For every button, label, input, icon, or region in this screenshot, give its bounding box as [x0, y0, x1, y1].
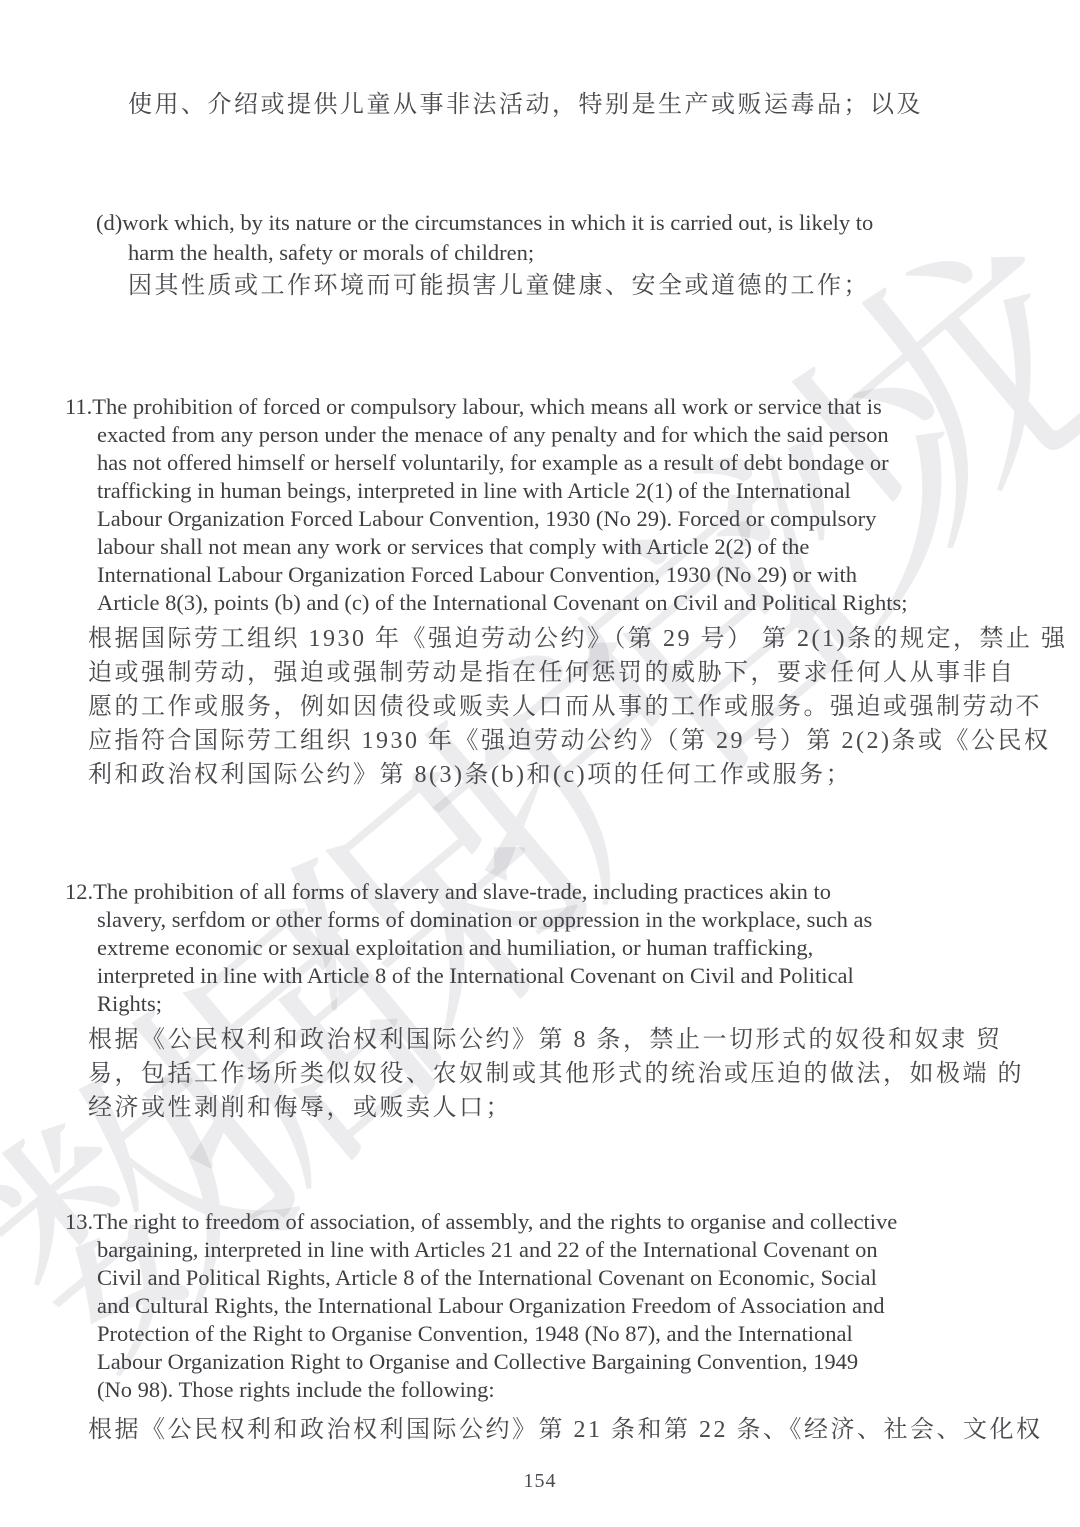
paragraph-11-chinese: 根据国际劳工组织 1930 年《强迫劳动公约》（第 29 号） 第 2(1)条的…: [65, 622, 1067, 792]
text-line: 愿的工作或服务，例如因债役或贩卖人口而从事的工作或服务。强迫或强制劳动不: [65, 690, 1067, 724]
paragraph-11: 11.The prohibition of forced or compulso…: [65, 393, 1067, 792]
text-line: 易，包括工作场所类似奴役、农奴制或其他形式的统治或压迫的做法，如极端 的: [65, 1057, 1024, 1091]
paragraph-12-chinese: 根据《公民权利和政治权利国际公约》第 8 条，禁止一切形式的奴役和奴隶 贸易，包…: [65, 1023, 1024, 1125]
document-page: 数据保护官沙龙 使用、介绍或提供儿童从事非法活动，特别是生产或贩运毒品；以及 (…: [0, 0, 1080, 1527]
text-line: Protection of the Right to Organise Conv…: [65, 1320, 1043, 1348]
text-line: 利和政治权利国际公约》第 8(3)条(b)和(c)项的任何工作或服务；: [65, 758, 1067, 792]
text-line: 根据国际劳工组织 1930 年《强迫劳动公约》（第 29 号） 第 2(1)条的…: [65, 622, 1067, 656]
text-line: has not offered himself or herself volun…: [65, 449, 1067, 477]
list-item-d-english: (d)work which, by its nature or the circ…: [96, 208, 873, 268]
text-line: International Labour Organization Forced…: [65, 561, 1067, 589]
text-line: and Cultural Rights, the International L…: [65, 1292, 1043, 1320]
page-number: 154: [0, 1470, 1080, 1493]
paragraph-12: 12.The prohibition of all forms of slave…: [65, 878, 1024, 1125]
paragraph-13-chinese: 根据《公民权利和政治权利国际公约》第 21 条和第 22 条、《经济、社会、文化…: [65, 1413, 1043, 1447]
text-line: (No 98). Those rights include the follow…: [65, 1376, 1043, 1404]
text-line: Article 8(3), points (b) and (c) of the …: [65, 589, 1067, 617]
text-line: 迫或强制劳动，强迫或强制劳动是指在任何惩罚的威胁下，要求任何人从事非自: [65, 656, 1067, 690]
text-line: 13.The right to freedom of association, …: [65, 1208, 1043, 1236]
paragraph-13: 13.The right to freedom of association, …: [65, 1208, 1043, 1447]
text-line: interpreted in line with Article 8 of th…: [65, 962, 1024, 990]
text-line: extreme economic or sexual exploitation …: [65, 934, 1024, 962]
text-line: 11.The prohibition of forced or compulso…: [65, 393, 1067, 421]
text-line: 因其性质或工作环境而可能损害儿童健康、安全或道德的工作；: [96, 270, 873, 302]
intro-chinese-line: 使用、介绍或提供儿童从事非法活动，特别是生产或贩运毒品；以及: [128, 90, 923, 120]
paragraph-13-english: 13.The right to freedom of association, …: [65, 1208, 1043, 1404]
text-line: 根据《公民权利和政治权利国际公约》第 8 条，禁止一切形式的奴役和奴隶 贸: [65, 1023, 1024, 1057]
text-line: slavery, serfdom or other forms of domin…: [65, 906, 1024, 934]
paragraph-12-english: 12.The prohibition of all forms of slave…: [65, 878, 1024, 1018]
text-line: Rights;: [65, 990, 1024, 1018]
list-item-d: (d)work which, by its nature or the circ…: [96, 208, 873, 302]
text-line: 经济或性剥削和侮辱，或贩卖人口；: [65, 1091, 1024, 1125]
text-line: 12.The prohibition of all forms of slave…: [65, 878, 1024, 906]
text-line: trafficking in human beings, interpreted…: [65, 477, 1067, 505]
text-line: 应指符合国际劳工组织 1930 年《强迫劳动公约》（第 29 号）第 2(2)条…: [65, 724, 1067, 758]
text-line: bargaining, interpreted in line with Art…: [65, 1236, 1043, 1264]
list-item-d-chinese: 因其性质或工作环境而可能损害儿童健康、安全或道德的工作；: [96, 270, 873, 302]
text-line: 根据《公民权利和政治权利国际公约》第 21 条和第 22 条、《经济、社会、文化…: [65, 1413, 1043, 1447]
text-line: (d)work which, by its nature or the circ…: [96, 208, 873, 238]
text-line: Labour Organization Right to Organise an…: [65, 1348, 1043, 1376]
text-line: Labour Organization Forced Labour Conven…: [65, 505, 1067, 533]
paragraph-11-english: 11.The prohibition of forced or compulso…: [65, 393, 1067, 617]
text-line: exacted from any person under the menace…: [65, 421, 1067, 449]
text-line: harm the health, safety or morals of chi…: [96, 238, 873, 268]
text-line: Civil and Political Rights, Article 8 of…: [65, 1264, 1043, 1292]
text-line: labour shall not mean any work or servic…: [65, 533, 1067, 561]
